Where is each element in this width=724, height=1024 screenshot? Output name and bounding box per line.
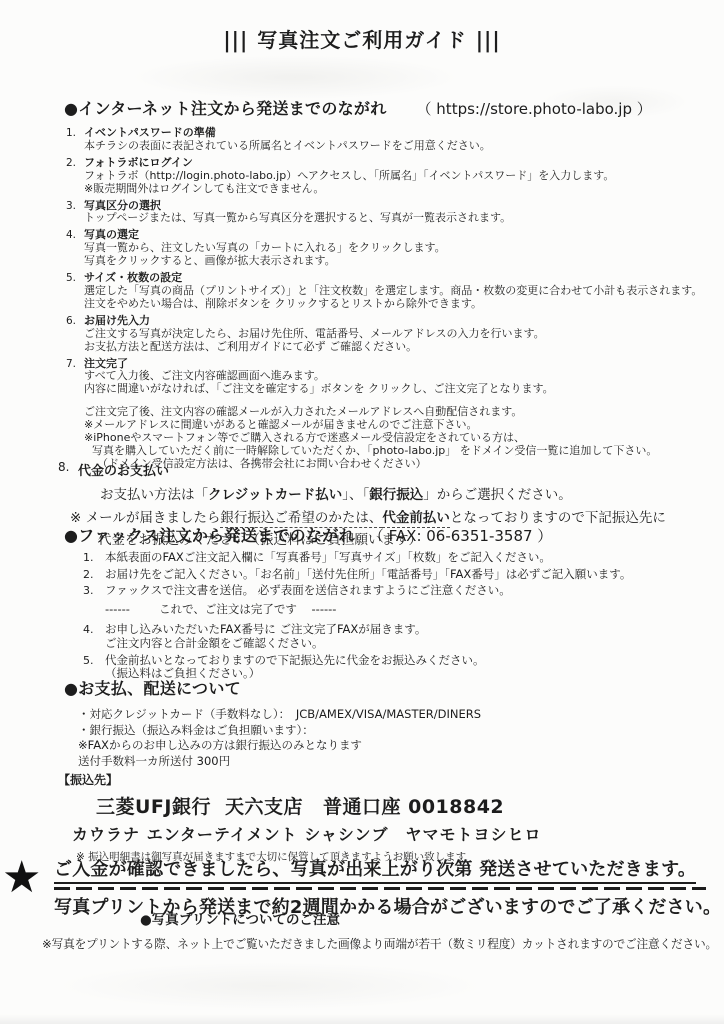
internet-step: 1. イベントパスワードの準備 本チラシの表面に表記されている所属名とイベントパ… <box>66 127 716 153</box>
print-notice-text: ※写真をプリントする際、ネット上でご覧いただきました画像より両端が若干（数ミリ程… <box>42 936 718 952</box>
photo-order-guide-page: |||写真注文ご利用ガイド||| ●インターネット注文から発送までのながれ （ … <box>0 0 724 1024</box>
internet-step: 3. 写真区分の選択 トップページまたは、写真一覧から写真区分を選択すると、写真… <box>66 200 716 226</box>
step-number: 4. <box>66 229 84 268</box>
fax-step: 4. お申し込みいただいたFAX番号に ご注文完了FAXが届きます。 ご注文内容… <box>83 623 708 650</box>
payment-method-text: 」からご選択ください。 <box>423 487 572 503</box>
step-title: イベントパスワードの準備 <box>84 127 716 140</box>
mail-note-line: 写真を購入していただく前に一時解除していただくか、「photo-labo.jp」… <box>84 445 716 458</box>
internet-section-heading: ●インターネット注文から発送までのながれ <box>64 96 387 119</box>
star-icon: ★ <box>2 853 54 919</box>
dashed-separator <box>54 887 706 890</box>
title-text: 写真注文ご利用ガイド <box>257 28 466 52</box>
title-bars-right: ||| <box>476 27 501 53</box>
internet-step: 5. サイズ・枚数の設定 選定した「写真の商品（プリントサイズ）」と「注文枚数」… <box>66 272 716 311</box>
step-number: 3. <box>66 200 84 226</box>
scan-artifact <box>55 962 485 1010</box>
step-line: 本チラシの表面に表記されている所属名とイベントパスワードをご用意ください。 <box>84 140 716 153</box>
step-line: お届け先をご記入ください。「お名前」「送付先住所」「電話番号」「FAX番号」は必… <box>105 568 708 582</box>
print-notice-heading: ●写真プリントについてのご注意 <box>140 908 340 928</box>
internet-step: 7. 注文完了 すべて入力後、ご注文内容確認画面へ進みます。 内容に間違いがなけ… <box>66 358 716 397</box>
payment-shipping-line: ※FAXからのお申し込みの方は銀行振込のみとなります <box>78 738 704 754</box>
step-line: 本紙表面のFAXご注文記入欄に「写真番号」「写真サイズ」「枚数」をご記入ください… <box>105 551 708 565</box>
fax-steps: 1. 本紙表面のFAXご注文記入欄に「写真番号」「写真サイズ」「枚数」をご記入く… <box>83 551 708 684</box>
payment-shipping-line: ・銀行振込（振込み料金はご負担願います）： <box>78 723 704 739</box>
step-line: ファックスで注文書を送信。 必ず表面を送信されますようにご注意ください。 <box>105 584 708 598</box>
order-complete-line: ------ これで、ご注文は完了です ------ <box>105 603 708 617</box>
step-number: 5. <box>66 272 84 311</box>
step-number: 2. <box>66 157 84 196</box>
doc-title: |||写真注文ご利用ガイド||| <box>0 24 724 53</box>
fax-step: 3. ファックスで注文書を送信。 必ず表面を送信されますようにご注意ください。 … <box>83 584 708 620</box>
scan-edge-shadow <box>0 1014 724 1024</box>
payment-shipping-heading: ●お支払、配送について <box>64 676 704 699</box>
step-line: トップページまたは、写真一覧から写真区分を選択すると、写真が一覧表示されます。 <box>84 212 716 225</box>
bank-account: 普通口座 0018842 <box>323 796 504 818</box>
step-line: 内容に間違いがなければ、「ご注文を確定する」ボタンを クリックし、ご注文完了とな… <box>84 383 716 396</box>
step-number: 6. <box>66 315 84 354</box>
bank-transfer-section: 【振込先】 三菱UFJ銀行天六支店普通口座 0018842 カウラナ エンターテ… <box>58 771 708 864</box>
shipping-line1: ご入金が確認できましたら、写真が出来上がり次第 発送させていただきます。 <box>54 855 696 884</box>
step-number: 2. <box>83 568 105 582</box>
payment-method-text: お支払い方法は「 <box>100 487 208 503</box>
bank-name: 三菱UFJ銀行 <box>96 796 211 818</box>
scan-artifact <box>130 55 460 100</box>
payment-shipping-line: 送付手数料一カ所送付 300円 <box>78 754 704 770</box>
step-line: ご注文する写真が決定したら、お届け先住所、電話番号、メールアドレスの入力を行いま… <box>84 328 716 341</box>
step-line: 写真をクリックすると、画像が拡大表示されます。 <box>84 255 716 268</box>
fax-number: （ FAX: 06-6351-3587 ） <box>369 525 552 546</box>
step-number: 8. <box>58 460 78 479</box>
fax-section-heading-row: ●ファックス注文から発送までのながれ （ FAX: 06-6351-3587 ） <box>64 523 552 546</box>
payment-shipping-line: ・対応クレジットカード（手数料なし）： JCB/AMEX/VISA/MASTER… <box>78 707 704 723</box>
fax-section-heading: ●ファックス注文から発送までのながれ <box>64 523 355 546</box>
fax-step: 1. 本紙表面のFAXご注文記入欄に「写真番号」「写真サイズ」「枚数」をご記入く… <box>83 551 708 565</box>
payment-method-card: クレジットカード払い <box>208 487 342 503</box>
step-line: お申し込みいただいたFAX番号に ご注文完了FAXが届きます。 <box>105 623 708 637</box>
step-line: ※販売期間外はログインしても注文できません。 <box>84 183 716 196</box>
step-title: フォトラボにログイン <box>84 157 716 170</box>
mail-note-line: ※iPhoneやスマートフォン等でご購入される方で迷惑メール受信設定をされている… <box>84 432 716 445</box>
step-title: お届け先入力 <box>84 315 716 328</box>
payment-method-bank: 銀行振込 <box>369 487 423 503</box>
step-line: ご注文内容と合計金額をご確認ください。 <box>105 637 708 651</box>
fax-step: 2. お届け先をご記入ください。「お名前」「送付先住所」「電話番号」「FAX番号… <box>83 568 708 582</box>
step-line: 注文をやめたい場合は、削除ボタンを クリックするとリストから除外できます。 <box>84 298 716 311</box>
internet-step: 6. お届け先入力 ご注文する写真が決定したら、お届け先住所、電話番号、メールア… <box>66 315 716 354</box>
step-line: フォトラボ（http://login.photo-labo.jp）へアクセスし、… <box>84 170 716 183</box>
internet-url: （ https://store.photo-labo.jp ） <box>417 98 652 119</box>
step-number: 4. <box>83 623 105 650</box>
step-number: 1. <box>66 127 84 153</box>
internet-steps: 1. イベントパスワードの準備 本チラシの表面に表記されている所属名とイベントパ… <box>66 127 716 471</box>
bank-account-line: 三菱UFJ銀行天六支店普通口座 0018842 <box>96 792 708 819</box>
bank-label: 【振込先】 <box>58 771 708 788</box>
internet-step: 4. 写真の選定 写真一覧から、注文したい写真の「カートに入れる」をクリックしま… <box>66 229 716 268</box>
step-number: 3. <box>83 584 105 620</box>
step-number: 7. <box>66 358 84 397</box>
payment-method-text: 」、「 <box>342 487 369 503</box>
internet-step: 2. フォトラボにログイン フォトラボ（http://login.photo-l… <box>66 157 716 196</box>
payment-shipping-section: ●お支払、配送について ・対応クレジットカード（手数料なし）： JCB/AMEX… <box>64 676 704 769</box>
internet-section-heading-row: ●インターネット注文から発送までのながれ （ https://store.pho… <box>64 96 652 119</box>
bank-account-holder: カウラナ エンターテイメント シャシンブ ヤマモトヨシヒロ <box>72 822 708 845</box>
shipping-promise-block: ★ ご入金が確認できましたら、写真が出来上がり次第 発送させていただきます。 写… <box>2 853 718 919</box>
step-line: 代金前払いとなっておりますので下記振込先に代金をお振込みください。 <box>105 654 708 668</box>
payment-method-line: お支払い方法は「クレジットカード払い」、「銀行振込」からご選択ください。 <box>100 483 708 503</box>
step-line: 選定した「写真の商品（プリントサイズ）」と「注文枚数」を選定します。商品・枚数の… <box>84 285 716 298</box>
bank-branch: 天六支店 <box>225 796 303 818</box>
step-line: お支払方法と配送方法は、ご利用ガイドにて必ず ご確認ください。 <box>84 341 716 354</box>
step-title: 代金のお支払い <box>78 460 169 479</box>
title-bars-left: ||| <box>223 27 248 53</box>
step-number: 1. <box>83 551 105 565</box>
